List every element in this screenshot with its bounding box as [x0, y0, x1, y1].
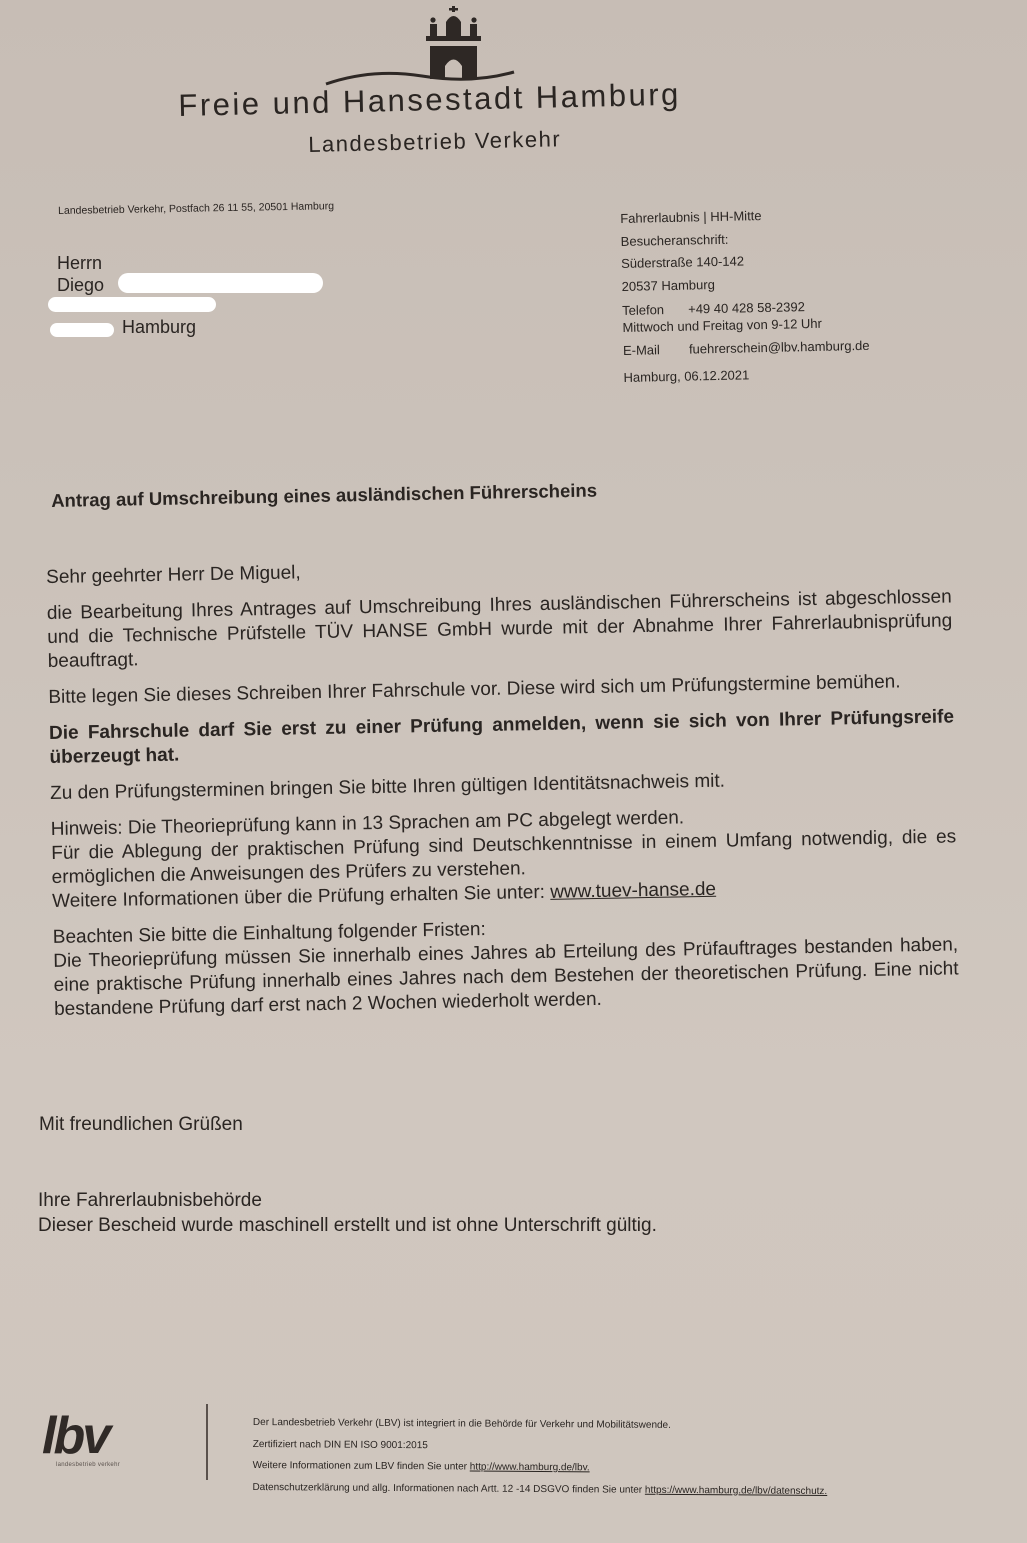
letterhead-subtitle: Landesbetrieb Verkehr: [308, 126, 561, 158]
lbv-logo-text: lbv: [42, 1410, 152, 1462]
letter-body: Sehr geehrter Herr De Miguel, die Bearbe…: [46, 549, 959, 1034]
machine-generated-note: Dieser Bescheid wurde maschinell erstell…: [38, 1213, 657, 1238]
lbv-website-link[interactable]: http://www.hamburg.de/lbv.: [470, 1462, 590, 1474]
privacy-link[interactable]: https://www.hamburg.de/lbv/datenschutz.: [645, 1484, 827, 1496]
paragraph-registration-notice: Die Fahrschule darf Sie erst zu einer Pr…: [49, 705, 955, 770]
paragraph-id-required: Zu den Prüfungsterminen bringen Sie bitt…: [50, 765, 955, 806]
letterhead-title: Freie und Hansestadt Hamburg: [178, 77, 681, 124]
redaction-bar: [118, 273, 323, 293]
place-date: Hamburg, 06.12.2021: [623, 361, 870, 389]
closing: Mit freundlichen Grüßen: [39, 1114, 243, 1136]
footer-info: Der Landesbetrieb Verkehr (LBV) ist inte…: [252, 1412, 827, 1502]
sender-info: Fahrerlaubnis | HH-Mitte Besucheranschri…: [620, 203, 870, 389]
letter-subject: Antrag auf Umschreibung eines ausländisc…: [51, 480, 597, 512]
return-address: Landesbetrieb Verkehr, Postfach 26 11 55…: [58, 200, 334, 217]
paragraph-processing-complete: die Bearbeitung Ihres Antrages auf Umsch…: [47, 585, 953, 674]
tuev-hanse-link[interactable]: www.tuev-hanse.de: [550, 879, 716, 903]
redaction-bar: [48, 297, 216, 312]
paragraph-hints: Hinweis: Die Theorieprüfung kann in 13 S…: [51, 801, 958, 914]
recipient-first-name: Diego: [57, 275, 104, 295]
authority-name: Ihre Fahrerlaubnisbehörde: [38, 1188, 657, 1213]
signature-block: Ihre Fahrerlaubnisbehörde Dieser Beschei…: [38, 1188, 657, 1238]
redaction-bar: [50, 323, 114, 337]
recipient-city: Hamburg: [122, 317, 196, 337]
deadlines-text: Die Theorieprüfung müssen Sie innerhalb …: [53, 934, 959, 1020]
email-label: E-Mail: [623, 339, 689, 363]
phone-number: +49 40 428 58-2392: [688, 299, 805, 316]
lbv-logo-subtext: landesbetrieb verkehr: [56, 1462, 152, 1468]
greeting: Sehr geehrter Herr De Miguel,: [46, 549, 951, 590]
email-address: fuehrerschein@lbv.hamburg.de: [689, 338, 870, 357]
paragraph-driving-school: Bitte legen Sie dieses Schreiben Ihrer F…: [48, 669, 953, 710]
footer-line-privacy: Datenschutzerklärung und allg. Informati…: [252, 1476, 827, 1502]
phone-label: Telefon: [622, 301, 688, 319]
lbv-logo: lbv landesbetrieb verkehr: [42, 1410, 152, 1472]
recipient-salutation: Herrn: [57, 252, 196, 274]
paragraph-deadlines: Beachten Sie bitte die Einhaltung folgen…: [53, 909, 960, 1022]
footer-divider: [206, 1404, 208, 1480]
